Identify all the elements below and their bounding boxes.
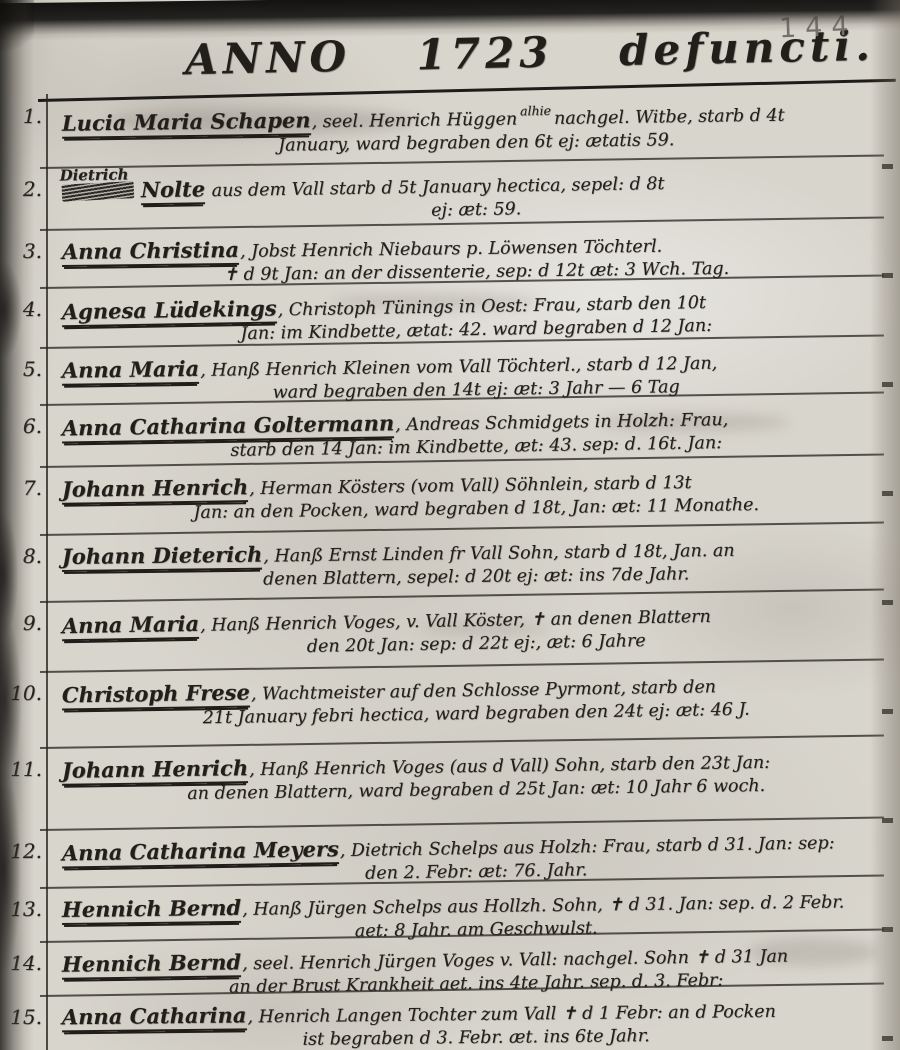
register-entry-15: 15.Anna Catharina, Henrich Langen Tochte…	[0, 996, 900, 1050]
entry-text: Anna Maria, Hanß Henrich Voges, v. Vall …	[62, 595, 891, 663]
entry-number: 14.	[8, 951, 42, 975]
entry-detail: nachgel. Witbe, starb d 4t	[554, 106, 785, 129]
entry-detail: , Jobst Henrich Niebaurs p. Löwensen Töc…	[240, 237, 662, 262]
entry-text: Anna Catharina, Henrich Langen Tochter z…	[62, 992, 891, 1050]
entry-text: Johann Dieterich, Hanß Ernst Linden fr V…	[62, 530, 891, 594]
deceased-name: Anna Maria	[62, 611, 200, 641]
register-entry-14: 14.Hennich Bernd, seel. Henrich Jürgen V…	[0, 942, 900, 996]
entry-number: 3.	[8, 239, 42, 263]
entry-detail: , Andreas Schmidgets in Holzh: Frau,	[395, 410, 728, 435]
entries-list: 1.Lucia Maria Schapen, seel. Henrich Hüg…	[0, 95, 900, 1050]
entry-text: Agnesa Lüdekings, Christoph Tünings in O…	[62, 281, 891, 349]
entry-text: Anna Christina, Jobst Henrich Niebaurs p…	[62, 225, 891, 289]
register-entry-2: 2.DietrichNolte aus dem Vall starb d 5t …	[0, 168, 900, 230]
deceased-name: Hennich Bernd	[62, 895, 242, 925]
entry-number: 7.	[8, 476, 42, 500]
deceased-name: Johann Henrich	[62, 474, 249, 505]
entry-text: Lucia Maria Schapen, seel. Henrich Hügge…	[62, 89, 891, 161]
page-number: 144	[779, 11, 859, 45]
register-page: ANNO 1723 defuncti. 144 1.Lucia Maria Sc…	[0, 0, 900, 1050]
register-entry-4: 4.Agnesa Lüdekings, Christoph Tünings in…	[0, 288, 900, 348]
deceased-name: Anna Catharina Meyers	[62, 836, 339, 868]
entry-text: Johann Henrich, Hanß Henrich Voges (aus …	[62, 742, 891, 808]
register-entry-13: 13.Hennich Bernd, Hanß Jürgen Schelps au…	[0, 888, 900, 942]
entry-detail: , seel. Henrich Hüggen	[311, 109, 517, 132]
page-title: ANNO 1723 defuncti.	[185, 21, 876, 84]
deceased-name: Johann Dieterich	[62, 542, 263, 572]
deceased-name: Anna Maria	[62, 356, 200, 386]
entry-text: Johann Henrich, Herman Kösters (vom Vall…	[62, 461, 891, 527]
entry-number: 8.	[8, 544, 42, 568]
struck-out-scribble	[62, 181, 135, 202]
deceased-name: Nolte	[141, 176, 206, 205]
deceased-name: Anna Christina	[62, 237, 239, 267]
entry-number: 9.	[8, 611, 42, 635]
entry-number: 2.	[8, 177, 42, 201]
entry-number: 5.	[8, 357, 42, 381]
entry-number: 6.	[8, 414, 42, 438]
deceased-name: Lucia Maria Schapen	[62, 107, 311, 138]
entry-number: 1.	[8, 104, 42, 128]
register-entry-3: 3.Anna Christina, Jobst Henrich Niebaurs…	[0, 230, 900, 288]
deceased-name: Hennich Bernd	[62, 949, 242, 979]
deceased-name: Johann Henrich	[62, 755, 249, 786]
deceased-name: Christoph Frese	[62, 680, 250, 711]
entry-text: Christoph Frese, Wachtmeister auf den Sc…	[62, 666, 891, 733]
entry-number: 13.	[8, 897, 42, 921]
entry-number: 10.	[8, 681, 42, 705]
entry-number: 12.	[8, 839, 42, 863]
entry-number: 4.	[8, 297, 42, 321]
register-entry-12: 12.Anna Catharina Meyers, Dietrich Schel…	[0, 830, 900, 888]
entry-number: 11.	[8, 757, 42, 781]
entry-number: 15.	[8, 1005, 42, 1029]
entry-detail: , Henrich Langen Tochter zum Vall ✝ d 1 …	[247, 1002, 776, 1028]
superscript-insertion: alhie	[520, 103, 551, 118]
register-entry-5: 5.Anna Maria, Hanß Henrich Kleinen vom V…	[0, 348, 900, 405]
deceased-name: Anna Catharina	[62, 1002, 247, 1032]
register-entry-6: 6.Anna Catharina Goltermann, Andreas Sch…	[0, 405, 900, 467]
